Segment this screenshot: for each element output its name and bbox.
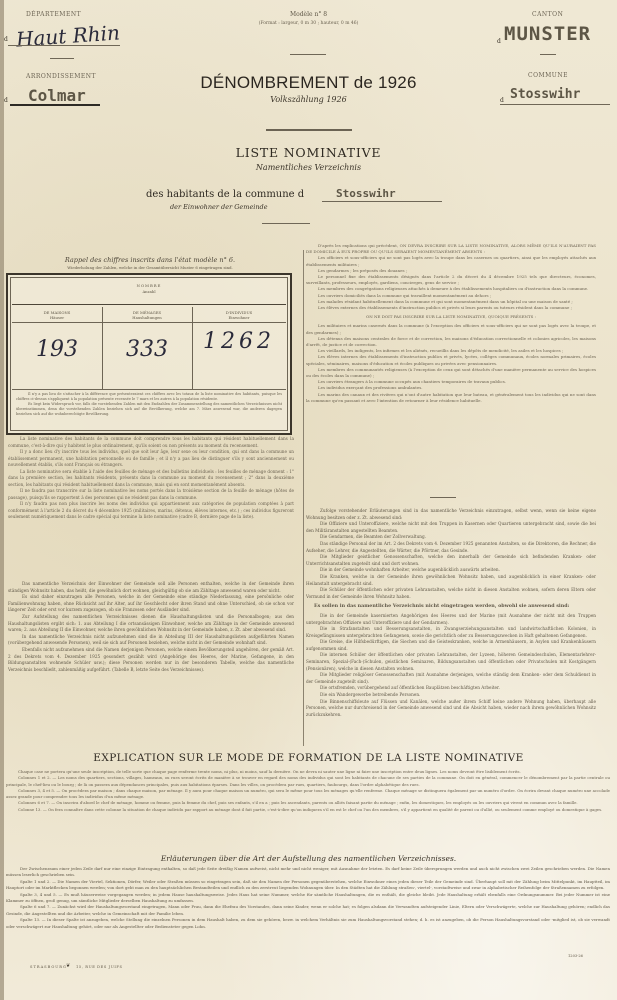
paragraph: Die in Strafanstalten und Besserungsanst…	[306, 626, 596, 639]
list-title-de: Namentliches Verzeichnis	[0, 163, 617, 172]
paragraph: Es sind daher einzutragen alle Personen,…	[8, 594, 294, 614]
paragraph: Die ein Wandergewerbe betreibende Person…	[306, 692, 596, 699]
paragraph: Die Mitglieder religiöser Genossenschaft…	[306, 672, 596, 685]
paragraph: Les militaires et marins casernés dans l…	[306, 323, 596, 335]
section-heading: ON NE DOIT PAS INSCRIRE SUR LA LISTE NOM…	[306, 314, 596, 320]
paragraph: Le personnel fixe des établissements dés…	[306, 274, 596, 286]
erlaeuterungen-title: Erläuterungen über die Art der Aufstellu…	[0, 854, 617, 863]
paragraph: In das namentliche Verzeichnis nicht auf…	[8, 634, 294, 647]
rappel-table: NOMBRE Anzahl DE MAISONSHäuser 193 DE MÉ…	[6, 273, 292, 435]
col-label-de: Einwohner	[229, 315, 250, 320]
nombre-label-de: Anzahl	[8, 289, 290, 294]
paragraph: Das ständige Personal der im Art. 2 des …	[306, 541, 596, 554]
paragraph: Les marins des canaux et des rivières qu…	[306, 392, 596, 404]
paragraph: Les membres des communautés religieuses …	[306, 367, 596, 379]
rappel-note-fr: Il n'y a pas lieu de s'attacher à la dif…	[16, 392, 282, 402]
section-heading: Es sollen in das namentliche Verzeichnis…	[306, 603, 596, 610]
paragraph: Il y a donc lieu d'y inscrire tous les i…	[8, 449, 294, 469]
paragraph: Les officiers et sous-officiers qui ne s…	[306, 255, 596, 267]
paragraph: Die internen Schüler der öffentlichen od…	[306, 652, 596, 672]
model-number: Modèle n° 8	[0, 11, 617, 18]
col-label-de: Häuser	[50, 315, 64, 320]
paragraph: Zur Aufstellung des namentlichen Verzeic…	[8, 614, 294, 634]
paragraph: Spalte 13. — In dieser Spalte ist anzuge…	[6, 917, 610, 930]
paragraph: Die Kranken, welche in der Gemeinde ihre…	[306, 574, 596, 587]
nombre-label: NOMBRE	[8, 283, 290, 288]
paragraph: La liste nominative des habitants de la …	[8, 436, 294, 449]
rappel-col-menages: DE MÉNAGESHaushaltungen 333	[102, 307, 193, 389]
paragraph: Les membres des congrégations religieuse…	[306, 286, 596, 292]
paragraph: Der Zwischenraum einer jeden Zeile darf …	[6, 866, 610, 879]
paragraph: Zufolge vorstehender Erläuterungen sind …	[306, 508, 596, 521]
commune-prefix: d	[500, 97, 504, 104]
paragraph: D'après les explications qui précèdent, …	[306, 243, 596, 255]
paragraph: Colonnes 6 et 7. — On inscrira d'abord l…	[6, 800, 610, 806]
paragraph: Il n'y faudra pas non plus inscrire les …	[8, 501, 294, 521]
right-text-fr: D'après les explications qui précèdent, …	[306, 243, 596, 404]
col-label-de: Haushaltungen	[132, 315, 161, 320]
left-text-de: Das namentliche Verzeichnis der Einwohne…	[8, 581, 294, 673]
rappel-note-de: Es liegt kein Widerspruch vor, falls die…	[16, 402, 282, 417]
habitants-label: des habitants de la commune d	[146, 189, 304, 200]
paragraph: Das namentliche Verzeichnis der Einwohne…	[8, 581, 294, 594]
canton-value: MUNSTER	[504, 23, 591, 45]
paragraph: Il ne faudra pas transcrire sur la liste…	[8, 488, 294, 501]
col-value: 1262	[192, 329, 286, 354]
paragraph: Ebenfalls nicht aufzunehmen sind die Nam…	[8, 647, 294, 673]
paragraph: Colonne 13. — On fera connaître dans cet…	[6, 807, 610, 813]
paragraph: Die in der Gemeinde kasernierten Angehör…	[306, 613, 596, 626]
paragraph: Die Mitglieder geistlicher Genossenschaf…	[306, 554, 596, 567]
printer-address: 15, RUE DES JUIFS	[76, 965, 123, 969]
paragraph: La liste nominative sera établie à l'aid…	[8, 469, 294, 489]
habitants-value: Stosswihr	[336, 187, 396, 200]
paragraph: Die Greise, die Hilfsbedürftigen, die Si…	[306, 639, 596, 652]
paragraph: Spalte 3, 4 und 5. — Es muß häuserweise …	[6, 892, 610, 905]
paragraph: Die in der Gemeinde wohnhaften Arbeiter,…	[306, 567, 596, 574]
right-text-de: Zufolge vorstehender Erläuterungen sind …	[306, 508, 596, 718]
paragraph: Les élèves externes des établissements d…	[306, 305, 596, 311]
paragraph: Les élèves internes des établissements d…	[306, 354, 596, 366]
canton-label: CANTON	[532, 11, 563, 18]
rappel-col-maisons: DE MAISONSHäuser 193	[12, 307, 103, 389]
paragraph: Die Gendarmen, die Beamten der Zollverwa…	[306, 534, 596, 541]
printer-logo-icon: ❦	[66, 963, 70, 969]
rappel-title-de: Wiederholung der Zahlen, welche in der G…	[8, 265, 292, 270]
canton-prefix: d	[497, 38, 501, 45]
col-value: 333	[102, 337, 192, 362]
paragraph: Die Schüler der öffentlichen oder privat…	[306, 587, 596, 600]
explication-text: Chaque case ne portera qu'une seule insc…	[6, 769, 610, 813]
list-title: LISTE NOMINATIVE	[0, 145, 617, 160]
form-code: 1203-26	[568, 954, 583, 958]
explication-title: EXPLICATION SUR LE MODE DE FORMATION DE …	[0, 752, 617, 764]
printer-city: STRASBOURG	[30, 965, 67, 969]
paragraph: Colonnes 3, 4 et 5. — On procèdera par m…	[6, 788, 610, 801]
rappel-title: Rappel des chiffres inscrits dans l'état…	[12, 256, 288, 264]
departement-prefix: d	[4, 36, 8, 43]
paragraph: Die Offiziere und Unteroffiziere, welche…	[306, 521, 596, 534]
census-page: DÉPARTEMENT d Haut Rhin ARRONDISSEMENT d…	[0, 0, 617, 1000]
commune-label: COMMUNE	[528, 72, 568, 79]
paragraph: Die ortsfremden, vorübergehend auf öffen…	[306, 685, 596, 692]
paragraph: Spalte 1 und 2. — Die Namen der Viertel,…	[6, 879, 610, 892]
commune-value: Stosswihr	[510, 87, 580, 102]
left-text-fr: La liste nominative des habitants de la …	[8, 436, 294, 521]
col-value: 193	[12, 337, 102, 362]
paragraph: Spalte 6 und 7. — Zunächst wird der Haus…	[6, 904, 610, 917]
column-divider	[303, 250, 304, 746]
paragraph: Colonnes 1 et 2. — Les noms des quartier…	[6, 775, 610, 788]
paragraph: Die Binnenschiffsleute auf Flüssen und K…	[306, 699, 596, 719]
paragraph: Les détenus des maisons centrales de for…	[306, 336, 596, 348]
rappel-col-individus: D'INDIVIDUSEinwohner 1262	[192, 307, 286, 389]
habitants-de: der Einwohner der Gemeinde	[170, 203, 268, 211]
erlaeuterungen-text: Der Zwischenraum einer jeden Zeile darf …	[6, 866, 610, 930]
